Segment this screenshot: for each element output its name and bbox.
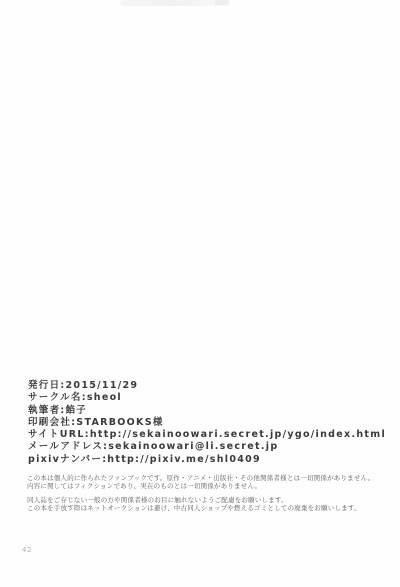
disclaimer-line: 内容に関してはフィクションであり、実在のものとは一切関係がありません。 — [27, 483, 377, 491]
page-number: 42 — [22, 546, 32, 554]
scan-artifact — [215, 0, 229, 5]
disclaimer-paragraph-2: 同人誌をご存じない一般の方や関係者様のお目に触れないようご配慮をお願いします。 … — [27, 497, 377, 512]
doujinshi-colophon-page: 発行日:2015/11/29 サークル名:sheol 執筆者:餡子 印刷会社:S… — [0, 0, 400, 587]
publication-date-line: 発行日:2015/11/29 — [28, 380, 388, 392]
colophon-block: 発行日:2015/11/29 サークル名:sheol 執筆者:餡子 印刷会社:S… — [28, 380, 388, 466]
scan-artifact — [120, 0, 230, 6]
site-url-line: サイトURL:http://sekainoowari.secret.jp/ygo… — [28, 429, 388, 441]
circle-name-line: サークル名:sheol — [28, 392, 388, 404]
disclaimer-paragraph-1: この本は個人的に作られたファンブックです。原作・アニメ・出版社・その他関係者様と… — [27, 475, 377, 490]
printer-line: 印刷会社:STARBOOKS様 — [28, 417, 388, 429]
email-line: メールアドレス:sekainoowari@li.secret.jp — [28, 441, 388, 453]
pixiv-line: pixivナンバー:http://pixiv.me/shl0409 — [28, 454, 388, 466]
author-line: 執筆者:餡子 — [28, 405, 388, 417]
disclaimer-line: この本を手放す際はネットオークションは避け、中古同人ショップや燃えるゴミとしての… — [27, 505, 377, 513]
